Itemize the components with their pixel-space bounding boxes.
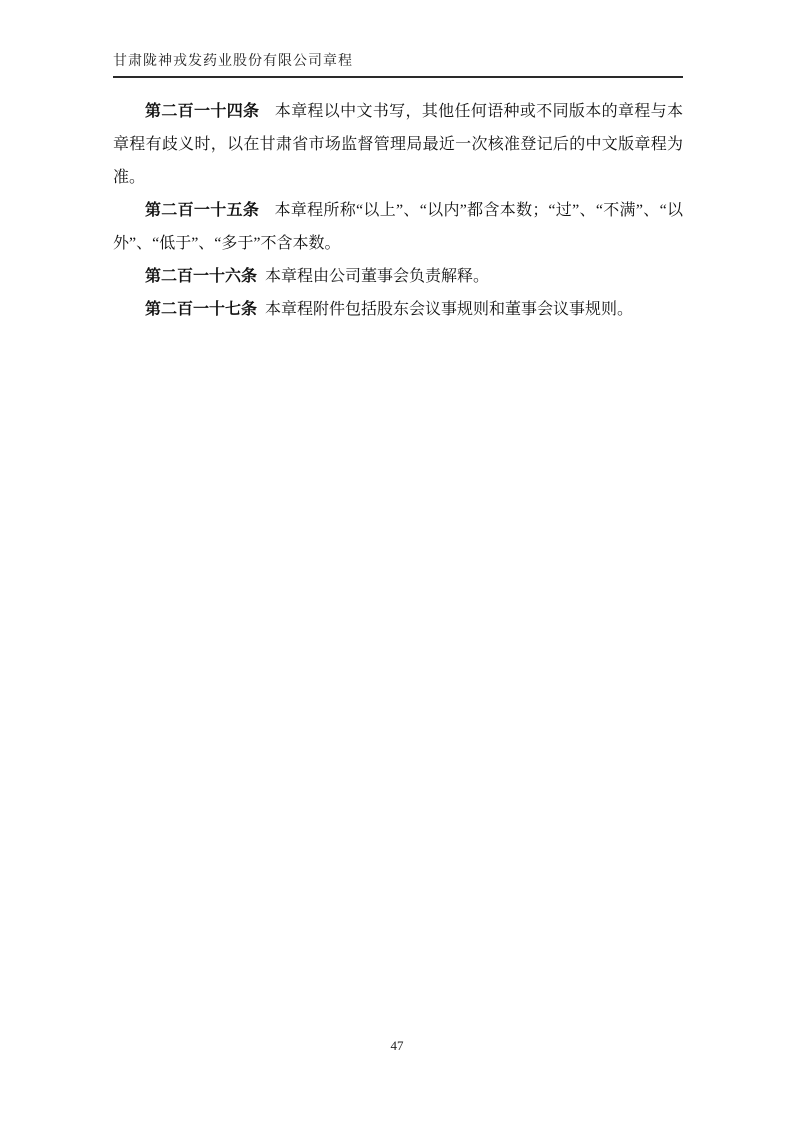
article-number: 第二百一十五条 bbox=[145, 202, 259, 219]
paragraph-article-214: 第二百一十四条本章程以中文书写，其他任何语种或不同版本的章程与本章程有歧义时，以… bbox=[113, 95, 683, 194]
article-text: 本章程由公司董事会负责解释。 bbox=[265, 268, 489, 285]
paragraph-article-217: 第二百一十七条本章程附件包括股东会议事规则和董事会议事规则。 bbox=[113, 293, 683, 326]
page-footer: 47 bbox=[0, 1038, 794, 1054]
article-number: 第二百一十四条 bbox=[145, 103, 259, 120]
article-text: 本章程附件包括股东会议事规则和董事会议事规则。 bbox=[265, 301, 633, 318]
page-header: 甘肃陇神戎发药业股份有限公司章程 bbox=[113, 53, 683, 78]
article-number: 第二百一十七条 bbox=[145, 301, 257, 318]
paragraph-article-216: 第二百一十六条本章程由公司董事会负责解释。 bbox=[113, 260, 683, 293]
paragraph-article-215: 第二百一十五条本章程所称“以上”、“以内”都含本数；“过”、“不满”、“以外”、… bbox=[113, 194, 683, 260]
page-number: 47 bbox=[391, 1038, 404, 1053]
header-title: 甘肃陇神戎发药业股份有限公司章程 bbox=[113, 54, 353, 69]
article-number: 第二百一十六条 bbox=[145, 268, 257, 285]
document-body: 第二百一十四条本章程以中文书写，其他任何语种或不同版本的章程与本章程有歧义时，以… bbox=[113, 95, 683, 326]
document-page: 甘肃陇神戎发药业股份有限公司章程 第二百一十四条本章程以中文书写，其他任何语种或… bbox=[0, 0, 794, 1122]
